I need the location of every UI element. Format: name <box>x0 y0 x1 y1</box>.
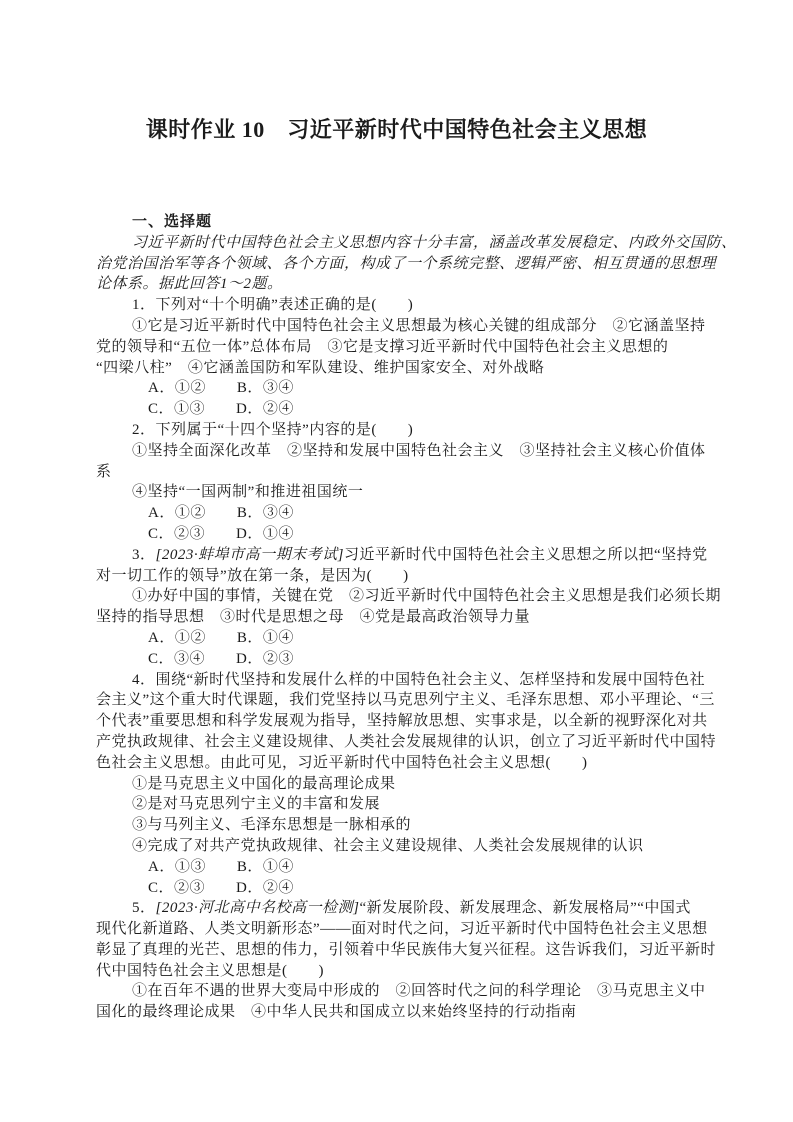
question-option-line: ①在百年不遇的世界大变局中形成的 ②回答时代之问的科学理论 ③马克思主义中 <box>96 981 696 1002</box>
question-stem: 2．下列属于“十四个坚持”内容的是( ) <box>96 420 696 441</box>
question-option-line: 党的领导和“五位一体”总体布局 ③它是支撑习近平新时代中国特色社会主义思想的 <box>96 337 696 358</box>
question-option-line: 系 <box>96 462 696 483</box>
question-stem: 对一切工作的领导”放在第一条，是因为( ) <box>96 566 696 587</box>
question-option-line: ①是马克思主义中国化的最高理论成果 <box>96 774 696 795</box>
question-stem: 个代表”重要思想和科学发展观为指导，坚持解放思想、实事求是，以全新的视野深化对共 <box>96 711 696 732</box>
question-source: [2023·蚌埠市高一期末考试] <box>156 547 344 563</box>
question-1: 1．下列对“十个明确”表述正确的是( ) ①它是习近平新时代中国特色社会主义思想… <box>96 295 696 420</box>
question-option-line: ②是对马克思列宁主义的丰富和发展 <box>96 794 696 815</box>
question-option-line: ③与马列主义、毛泽东思想是一脉相承的 <box>96 815 696 836</box>
question-stem-text: “新发展阶段、新发展理念、新发展格局”“中国式 <box>359 900 690 916</box>
question-stem: 1．下列对“十个明确”表述正确的是( ) <box>96 295 696 316</box>
question-option-line: ①办好中国的事情，关键在党 ②习近平新时代中国特色社会主义思想是我们必须长期 <box>96 586 696 607</box>
question-option-line: ①坚持全面深化改革 ②坚持和发展中国特色社会主义 ③坚持社会主义核心价值体 <box>96 441 696 462</box>
question-2: 2．下列属于“十四个坚持”内容的是( ) ①坚持全面深化改革 ②坚持和发展中国特… <box>96 420 696 545</box>
question-stem: 现代化新道路、人类文明新形态”——面对时代之问，习近平新时代中国特色社会主义思想 <box>96 919 696 940</box>
question-stem: 代中国特色社会主义思想是( ) <box>96 961 696 982</box>
question-option-line: “四梁八柱” ④它涵盖国防和军队建设、维护国家安全、对外战略 <box>96 358 696 379</box>
question-stem: 彰显了真理的光芒、思想的伟力，引领着中华民族伟大复兴征程。这告诉我们，习近平新时 <box>96 940 696 961</box>
question-option-line: 坚持的指导思想 ③时代是思想之母 ④党是最高政治领导力量 <box>96 607 696 628</box>
intro-line: 习近平新时代中国特色社会主义思想内容十分丰富，涵盖改革发展稳定、内政外交国防、 <box>96 233 696 254</box>
choice-row: A．①② B．①④ <box>96 628 696 649</box>
question-stem: 5．[2023·河北高中名校高一检测]“新发展阶段、新发展理念、新发展格局”“中… <box>96 898 696 919</box>
question-option-line: ④坚持“一国两制”和推进祖国统一 <box>96 482 696 503</box>
worksheet-page: 课时作业 10 习近平新时代中国特色社会主义思想 一、选择题 习近平新时代中国特… <box>0 0 793 1122</box>
question-stem: 3．[2023·蚌埠市高一期末考试]习近平新时代中国特色社会主义思想之所以把“坚… <box>96 545 696 566</box>
page-title: 课时作业 10 习近平新时代中国特色社会主义思想 <box>0 0 793 146</box>
question-stem-text: 习近平新时代中国特色社会主义思想之所以把“坚持党 <box>344 547 708 563</box>
question-number: 5． <box>132 900 156 916</box>
choice-row: C．③④ D．②③ <box>96 649 696 670</box>
question-stem: 会主义”这个重大时代课题，我们党坚持以马克思列宁主义、毛泽东思想、邓小平理论、“… <box>96 690 696 711</box>
question-stem: 4．围绕“新时代坚持和发展什么样的中国特色社会主义、怎样坚持和发展中国特色社 <box>96 670 696 691</box>
question-option-line: 国化的最终理论成果 ④中华人民共和国成立以来始终坚持的行动指南 <box>96 1002 696 1023</box>
choice-row: C．①③ D．②④ <box>96 399 696 420</box>
choice-row: C．②③ D．②④ <box>96 878 696 899</box>
question-option-line: ①它是习近平新时代中国特色社会主义思想最为核心关键的组成部分 ②它涵盖坚持 <box>96 316 696 337</box>
page-content: 一、选择题 习近平新时代中国特色社会主义思想内容十分丰富，涵盖改革发展稳定、内政… <box>96 212 696 1023</box>
choice-row: A．①② B．③④ <box>96 378 696 399</box>
question-3: 3．[2023·蚌埠市高一期末考试]习近平新时代中国特色社会主义思想之所以把“坚… <box>96 545 696 670</box>
intro-paragraph: 习近平新时代中国特色社会主义思想内容十分丰富，涵盖改革发展稳定、内政外交国防、 … <box>96 233 696 295</box>
intro-line: 治党治国治军等各个领域、各个方面，构成了一个系统完整、逻辑严密、相互贯通的思想理 <box>96 254 696 275</box>
question-number: 3． <box>132 547 156 563</box>
choice-row: A．①② B．③④ <box>96 503 696 524</box>
question-stem: 产党执政规律、社会主义建设规律、人类社会发展规律的认识，创立了习近平新时代中国特 <box>96 732 696 753</box>
question-5: 5．[2023·河北高中名校高一检测]“新发展阶段、新发展理念、新发展格局”“中… <box>96 898 696 1023</box>
question-4: 4．围绕“新时代坚持和发展什么样的中国特色社会主义、怎样坚持和发展中国特色社 会… <box>96 670 696 899</box>
choice-row: A．①③ B．①④ <box>96 857 696 878</box>
question-source: [2023·河北高中名校高一检测] <box>156 900 360 916</box>
intro-line: 论体系。据此回答1～2题。 <box>96 274 696 295</box>
question-stem: 色社会主义思想。由此可见，习近平新时代中国特色社会主义思想( ) <box>96 753 696 774</box>
choice-row: C．②③ D．①④ <box>96 524 696 545</box>
section-heading: 一、选择题 <box>96 212 696 233</box>
question-option-line: ④完成了对共产党执政规律、社会主义建设规律、人类社会发展规律的认识 <box>96 836 696 857</box>
